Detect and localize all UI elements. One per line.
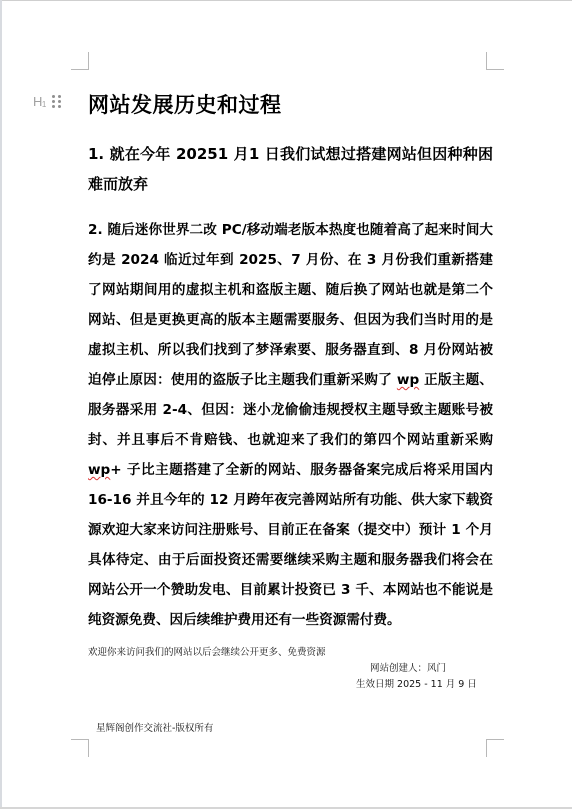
drag-handle-icon[interactable] (52, 95, 61, 108)
paragraph-2-text: + 子比主题搭建了全新的网站、服务器备案完成后将采用国内 16-16 并且今年的… (88, 462, 493, 628)
spellcheck-word[interactable]: wp (397, 372, 419, 388)
effective-date[interactable]: 生效日期 2025 - 11 月 9 日 (356, 676, 477, 690)
margin-corner-top-right (486, 52, 504, 70)
spellcheck-word[interactable]: wp (88, 462, 110, 478)
heading-gutter: H1 (33, 94, 61, 109)
paragraph-2[interactable]: 2. 随后迷你世界二改 PC/移动端老版本热度也随着高了起来时间大约是 2024… (88, 215, 493, 635)
margin-corner-top-left (71, 52, 89, 70)
page-top-edge (0, 0, 572, 1)
margin-corner-bottom-left (71, 739, 89, 757)
paragraph-2-text: 2. 随后迷你世界二改 PC/移动端老版本热度也随着高了起来时间大约是 2024… (88, 222, 493, 388)
paragraph-1[interactable]: 1. 就在今年 20251 月1 日我们试想过搭建网站但因种种困难而放弃 (88, 139, 493, 199)
page-left-edge (0, 0, 2, 809)
margin-corner-bottom-right (486, 739, 504, 757)
heading-level-icon[interactable]: H1 (33, 94, 46, 109)
footer-copyright[interactable]: 星辉阁创作交流社-版权所有 (96, 720, 213, 734)
welcome-note[interactable]: 欢迎你来访问我们的网站以后会继续公开更多、免费资源 (88, 644, 326, 658)
creator-line[interactable]: 网站创建人：风门 (370, 660, 446, 674)
document-title[interactable]: 网站发展历史和过程 (88, 89, 282, 119)
